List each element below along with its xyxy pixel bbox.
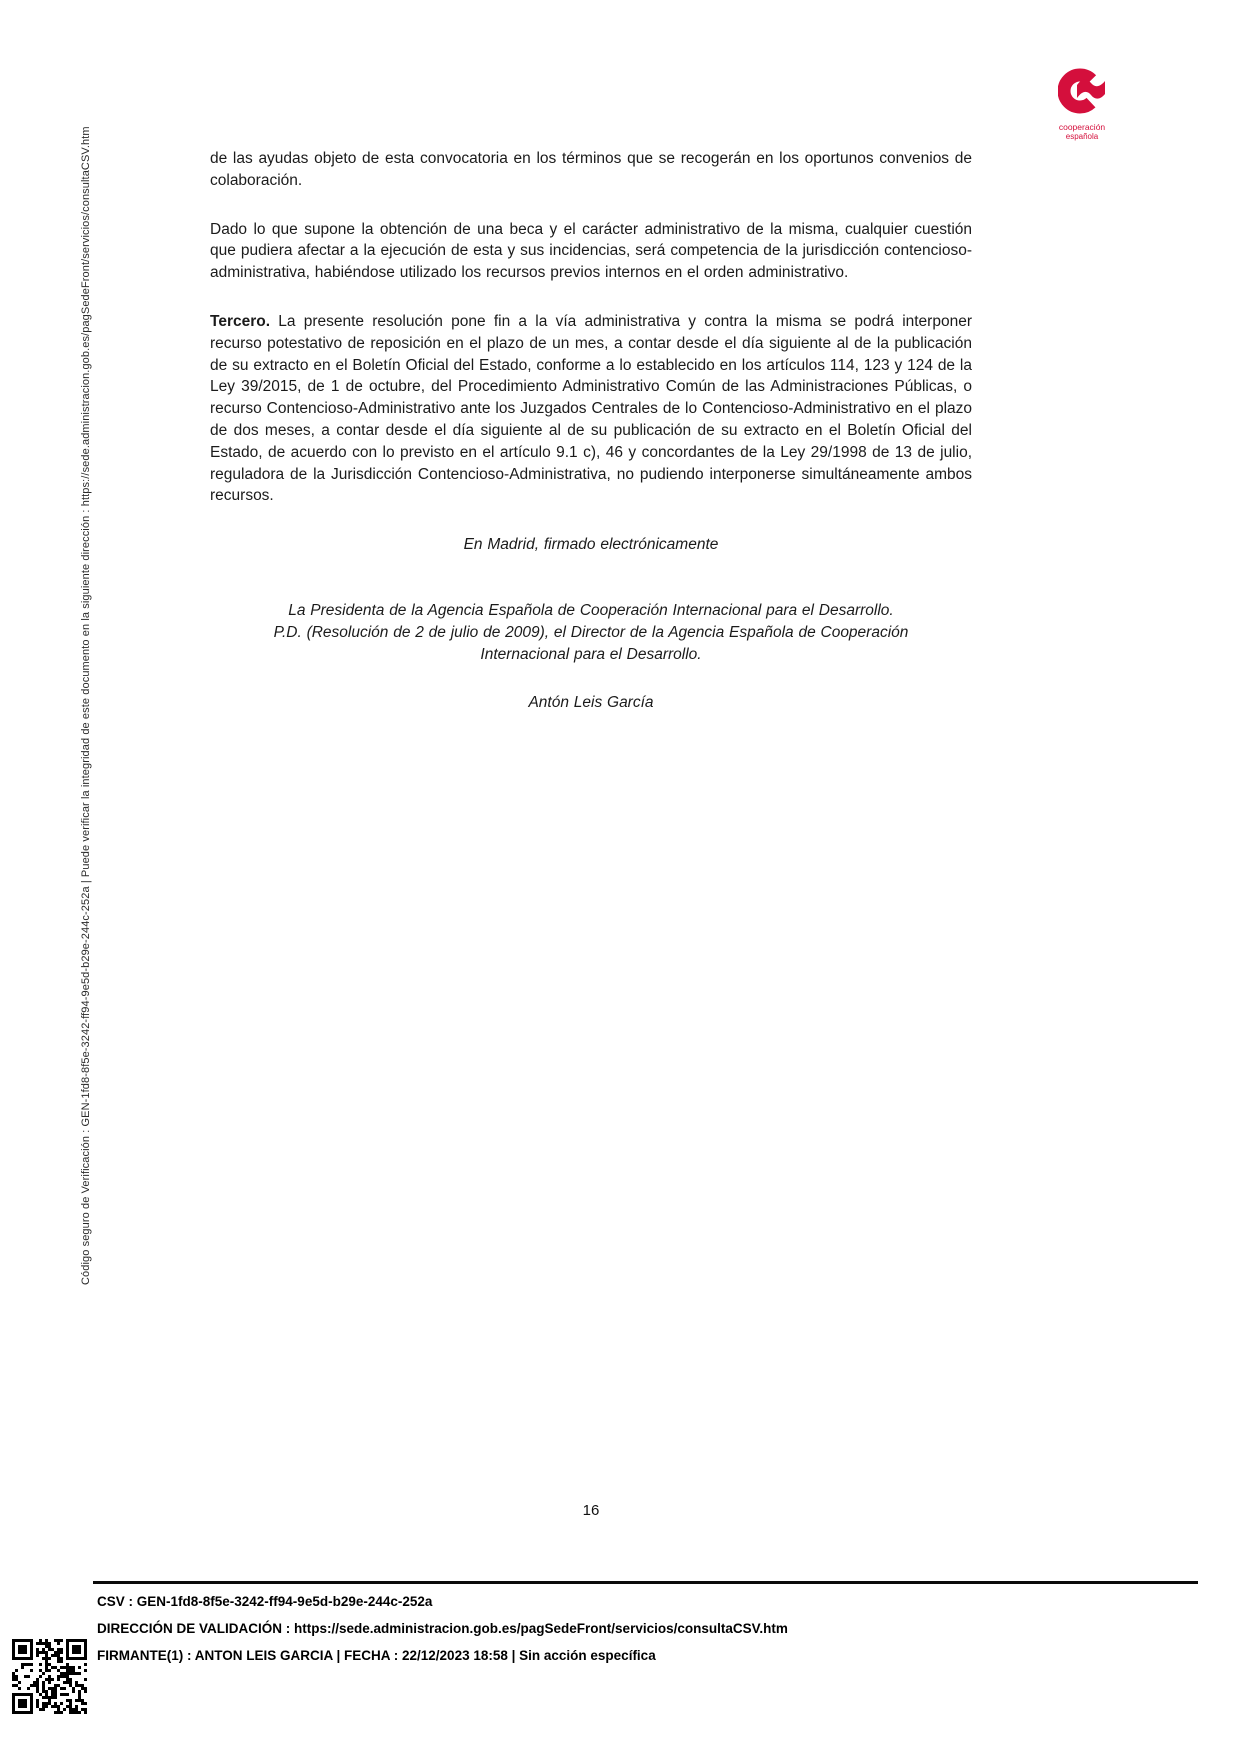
footer-validation-url: DIRECCIÓN DE VALIDACIÓN : https://sede.a… (97, 1620, 1197, 1637)
signature-title-line-3: Internacional para el Desarrollo. (210, 644, 972, 666)
verification-sidebar-text: Código seguro de Verificación : GEN-1fd8… (80, 105, 92, 1285)
qr-code (12, 1639, 88, 1715)
signature-title-block: La Presidenta de la Agencia Española de … (210, 600, 972, 665)
paragraph-tercero: Tercero. La presente resolución pone fin… (210, 311, 972, 507)
page-number: 16 (210, 1502, 972, 1519)
signature-place-line: En Madrid, firmado electrónicamente (210, 534, 972, 556)
signature-title-line-2: P.D. (Resolución de 2 de julio de 2009),… (210, 622, 972, 644)
logo-text-line2: española (1040, 132, 1124, 141)
signature-name: Antón Leis García (210, 692, 972, 714)
signature-title-line-1: La Presidenta de la Agencia Española de … (210, 600, 972, 622)
footer-csv: CSV : GEN-1fd8-8f5e-3242-ff94-9e5d-b29e-… (97, 1593, 1197, 1610)
paragraph-tercero-body: La presente resolución pone fin a la vía… (210, 313, 972, 504)
logo-text-line1: cooperación (1040, 122, 1124, 132)
footer-block: CSV : GEN-1fd8-8f5e-3242-ff94-9e5d-b29e-… (97, 1593, 1197, 1674)
paragraph-convenios: de las ayudas objeto de esta convocatori… (210, 148, 972, 192)
footer-signer: FIRMANTE(1) : ANTON LEIS GARCIA | FECHA … (97, 1647, 1197, 1664)
paragraph-jurisdiccion: Dado lo que supone la obtención de una b… (210, 219, 972, 284)
document-body: de las ayudas objeto de esta convocatori… (210, 148, 972, 741)
cooperacion-logo-icon (1040, 64, 1124, 120)
document-page: Código seguro de Verificación : GEN-1fd8… (0, 0, 1240, 1755)
paragraph-tercero-lead: Tercero. (210, 313, 270, 330)
cooperacion-espanola-logo: cooperación española (1040, 64, 1124, 141)
footer-divider (93, 1581, 1198, 1584)
